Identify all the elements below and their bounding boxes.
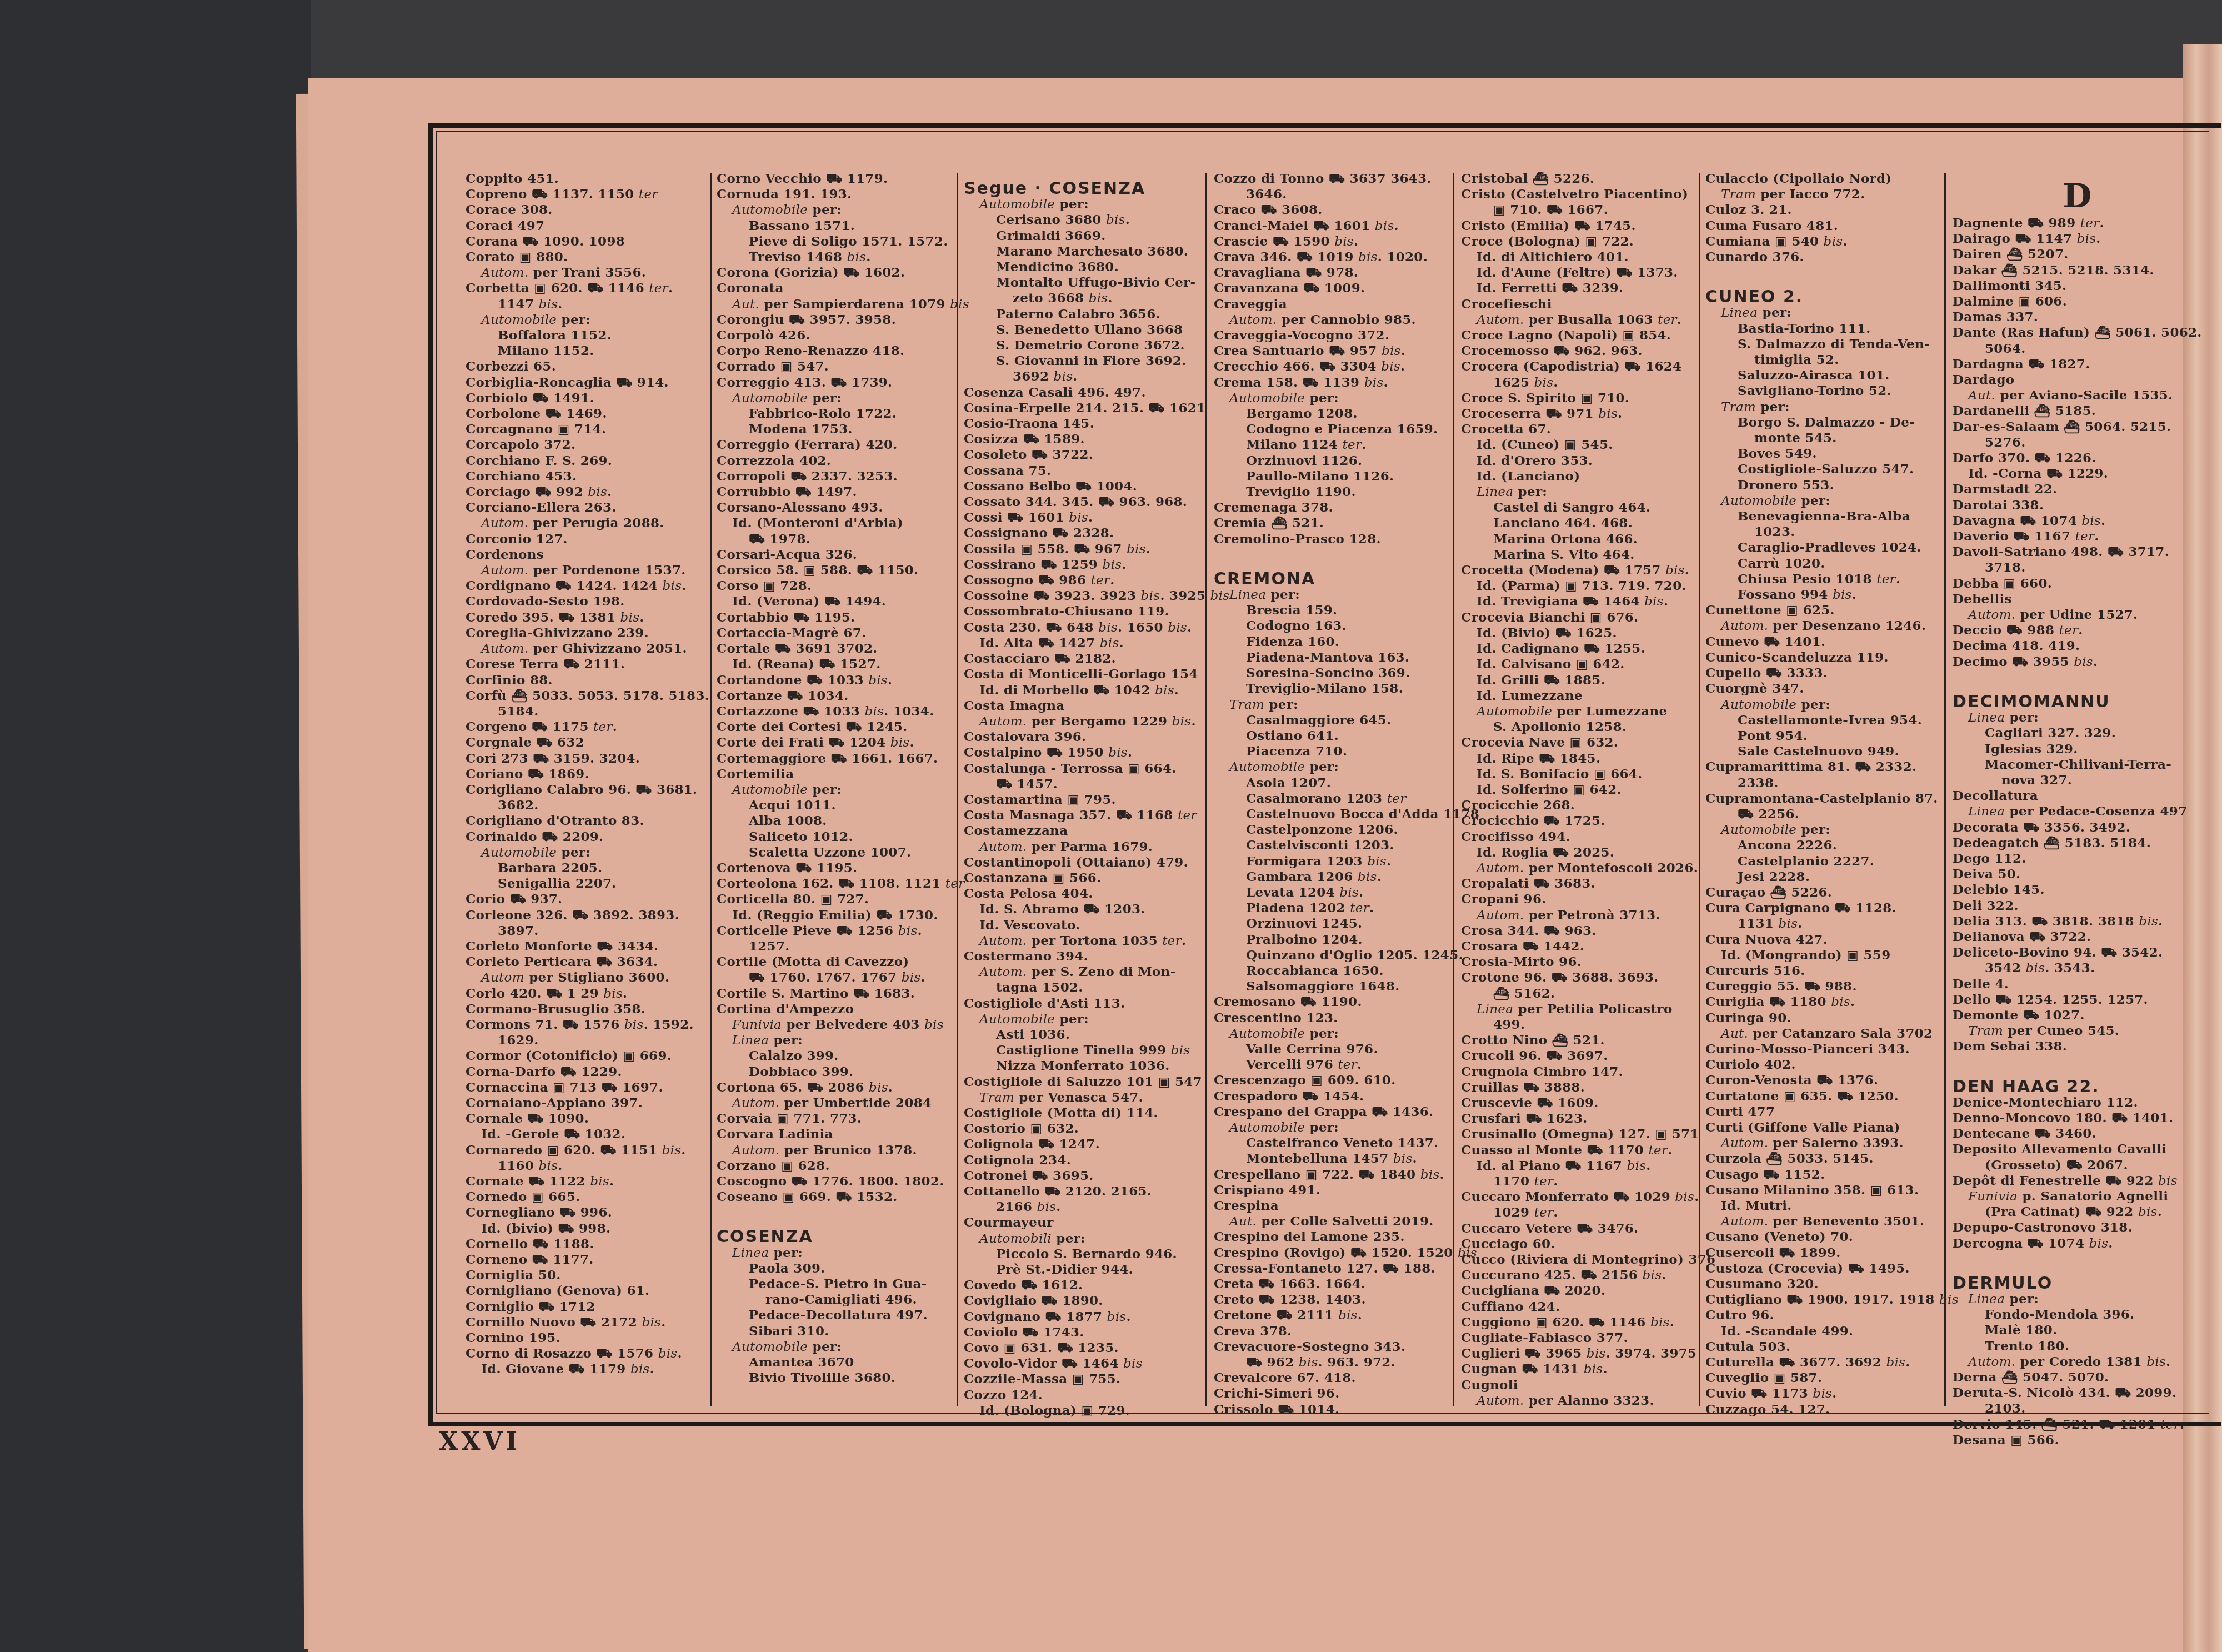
index-entry: Autom. per Coredo 1381 bis. — [1953, 1354, 2202, 1370]
index-entry: Delebio 145. — [1953, 882, 2202, 898]
tram-icon: ▣ — [553, 1080, 565, 1095]
tram-icon: ▣ — [781, 1158, 793, 1173]
index-entry: Decimo ⛟ 3955 bis. — [1953, 654, 2202, 670]
bus-icon: ⛟ — [2108, 544, 2124, 559]
bus-icon: ⛟ — [857, 563, 873, 578]
index-entry: Cranci-Maiel ⛟ 1601 bis. — [1214, 218, 1479, 234]
index-entry: S. Demetrio Corone 3672. — [964, 338, 1229, 353]
bus-icon: ⛟ — [1779, 1245, 1795, 1260]
index-entry: Corteolona 162. ⛟ 1108. 1121 ter — [717, 876, 969, 892]
bus-icon: ⛟ — [829, 735, 845, 750]
index-entry: Cremenaga 378. — [1214, 500, 1479, 515]
bus-icon: ⛟ — [1522, 1361, 1538, 1376]
bus-icon: ⛟ — [789, 312, 805, 327]
bus-icon: ⛟ — [569, 1361, 585, 1376]
index-entry — [717, 1205, 969, 1219]
index-entry: Ostiano 641. — [1214, 728, 1479, 744]
index-entry: Cornello ⛟ 1188. — [466, 1237, 709, 1252]
index-entry: Id. di Altichiero 401. — [1461, 249, 1715, 265]
index-entry: Automobile per: — [1214, 391, 1479, 406]
bus-icon: ⛟ — [536, 484, 552, 499]
index-entry: Crespino (Rovigo) ⛟ 1520. 1520 bis — [1214, 1245, 1479, 1261]
index-entry: Cravagliana ⛟ 978. — [1214, 265, 1479, 281]
index-entry: Covignano ⛟ 1877 bis. — [964, 1309, 1229, 1325]
tram-icon: ▣ — [783, 1189, 795, 1204]
bus-icon: ⛟ — [1766, 665, 1782, 680]
ship-icon: ⛴ — [1271, 515, 1288, 530]
index-entry: Cerisano 3680 bis. — [964, 212, 1229, 228]
index-entry: Croce S. Spirito ▣ 710. — [1461, 391, 1715, 406]
index-entry: Curcuris 516. — [1705, 963, 1959, 979]
bus-icon: ⛟ — [819, 657, 835, 672]
index-entry: Dairen ⛴ 5207. — [1953, 247, 2202, 262]
index-entry: Id. (Verona) ⛟ 1494. — [717, 594, 969, 609]
index-entry: Crocifisso 494. — [1461, 829, 1715, 845]
index-entry: Cuorgnè 347. — [1705, 681, 1959, 697]
index-entry: Fidenza 160. — [1214, 634, 1479, 650]
index-entry: Craco ⛟ 3608. — [1214, 202, 1479, 218]
index-entry: Id. (Parma) ▣ 713. 719. 720. — [1461, 578, 1715, 594]
tram-icon: ▣ — [1576, 657, 1588, 672]
index-entry: Crescentino 123. — [1214, 1010, 1479, 1026]
index-entry: Crosa 344. ⛟ 963. — [1461, 923, 1715, 939]
index-entry: Cuveglio ▣ 587. — [1705, 1370, 1959, 1386]
index-entry: Linea per Petilia Policastro — [1461, 1002, 1715, 1017]
index-entry: Asola 1207. — [1214, 775, 1479, 791]
index-entry: Linea per: — [1214, 587, 1479, 603]
index-entry: Derna ⛴ 5047. 5070. — [1953, 1370, 2202, 1385]
index-entry: Creta ⛟ 1663. 1664. — [1214, 1276, 1479, 1292]
bus-icon: ⛟ — [563, 657, 579, 672]
bus-icon: ⛟ — [1303, 375, 1319, 390]
index-entry: Cosizza ⛟ 1589. — [964, 432, 1229, 447]
index-entry: Cupello ⛟ 3333. — [1705, 665, 1959, 681]
index-entry: Corbezzi 65. — [466, 359, 709, 374]
bus-icon: ⛟ — [1855, 759, 1871, 774]
bus-icon: ⛟ — [1329, 343, 1345, 358]
index-entry: Id. di Morbello ⛟ 1042 bis. — [964, 683, 1229, 698]
section-letter: D — [1953, 177, 2202, 216]
index-entry: Vercelli 976 ter. — [1214, 1057, 1479, 1073]
index-entry: Autom. per Tortona 1035 ter. — [964, 933, 1229, 949]
index-entry: Coriano ⛟ 1869. — [466, 767, 709, 782]
index-entry: Autom. per Parma 1679. — [964, 839, 1229, 855]
index-entry: Castelnuovo Bocca d'Adda 1178 — [1214, 807, 1479, 822]
index-entry: Corna-Darfo ⛟ 1229. — [466, 1064, 709, 1080]
ship-icon: ⛴ — [1770, 885, 1787, 900]
index-entry: Barbara 2205. — [466, 860, 709, 876]
index-entry: Crotto Nino ⛴ 521. — [1461, 1033, 1715, 1048]
index-entry: Corgnale ⛟ 632 — [466, 735, 709, 750]
bus-icon: ⛟ — [546, 406, 562, 421]
index-entry: Corpo Reno-Renazzo 418. — [717, 343, 969, 359]
ship-icon: ⛴ — [2001, 1370, 2018, 1385]
index-entry: Id. (Reggio Emilia) ⛟ 1730. — [717, 908, 969, 923]
bus-icon: ⛟ — [1084, 902, 1100, 917]
index-entry — [1705, 265, 1959, 279]
index-entry: Paullo-Milano 1126. — [1214, 469, 1479, 484]
bus-icon: ⛟ — [1577, 1221, 1593, 1236]
bus-icon: ⛟ — [1539, 751, 1555, 766]
index-entry: Tram per Venasca 547. — [964, 1090, 1229, 1105]
tram-icon: ▣ — [1053, 870, 1065, 885]
index-entry: Benevagienna-Bra-Alba — [1705, 509, 1959, 524]
bus-icon: ⛟ — [1278, 1402, 1294, 1417]
index-entry — [1953, 670, 2202, 684]
index-entry: Id. -Gerole ⛟ 1032. — [466, 1127, 709, 1142]
index-entry: Cagliari 327. 329. — [1953, 725, 2202, 741]
index-entry: Corticella 80. ▣ 727. — [717, 892, 969, 907]
index-entry: Cremolino-Prasco 128. — [1214, 532, 1479, 547]
index-entry: Autom. per Pordenone 1537. — [466, 563, 709, 578]
index-entry: Dercogna ⛟ 1074 bis. — [1953, 1236, 2202, 1251]
tram-icon: ▣ — [1030, 1121, 1042, 1136]
index-entry: Castelvisconti 1203. — [1214, 838, 1479, 853]
index-entry: Cossirano ⛟ 1259 bis. — [964, 557, 1229, 573]
index-entry: Cuzzago 54. 127. — [1705, 1402, 1959, 1418]
bus-icon: ⛟ — [1116, 808, 1132, 823]
tram-icon: ▣ — [1004, 1340, 1016, 1355]
bus-icon: ⛟ — [1617, 265, 1633, 280]
bus-icon: ⛟ — [792, 1174, 808, 1189]
index-entry: Id. Cadignano ⛟ 1255. — [1461, 641, 1715, 657]
index-entry: Corcapolo 372. — [466, 437, 709, 453]
index-entry: Cusano (Veneto) 70. — [1705, 1229, 1959, 1245]
tram-icon: ▣ — [1784, 1089, 1796, 1104]
index-entry: Gambara 1206 bis. — [1214, 869, 1479, 885]
index-entry: Cugnoli — [1461, 1378, 1715, 1393]
bus-icon: ⛟ — [1149, 401, 1165, 415]
bus-icon: ⛟ — [790, 469, 807, 484]
index-entry: nova 327. — [1953, 773, 2202, 788]
index-entry: 1023. — [1705, 524, 1959, 540]
index-entry: Costalpino ⛟ 1950 bis. — [964, 745, 1229, 760]
bus-icon: ⛟ — [1302, 1089, 1318, 1104]
bus-icon: ⛟ — [1052, 525, 1068, 540]
index-entry: Cosoleto ⛟ 3722. — [964, 447, 1229, 463]
index-entry: Coseano ▣ 669. ⛟ 1532. — [717, 1189, 969, 1205]
index-entry: Cuciglíana ⛟ 2020. — [1461, 1283, 1715, 1299]
bus-icon: ⛟ — [843, 265, 859, 280]
index-entry: Coreglia-Ghivizzano 239. — [466, 625, 709, 641]
bus-icon: ⛟ — [1544, 923, 1560, 938]
index-entry: Cuvio ⛟ 1173 bis. — [1705, 1386, 1959, 1401]
index-entry: Cugnan ⛟ 1431 bis. — [1461, 1361, 1715, 1377]
index-entry: 1170 ter. — [1461, 1174, 1715, 1189]
bus-icon: ⛟ — [572, 908, 588, 923]
bus-icon: ⛟ — [2027, 1236, 2043, 1251]
index-entry: Corropoli ⛟ 2337. 3253. — [717, 469, 969, 484]
index-entry: 1629. — [466, 1033, 709, 1048]
index-entry: Marina Ortona 466. — [1461, 532, 1715, 547]
index-entry: Cosio-Traona 145. — [964, 416, 1229, 432]
index-entry: Corio ⛟ 937. — [466, 892, 709, 907]
index-entry: 3542 bis. 3543. — [1953, 960, 2202, 976]
bus-icon: ⛟ — [563, 1017, 579, 1032]
ship-icon: ⛴ — [2006, 247, 2023, 262]
index-entry: Corticelle Pieve ⛟ 1256 bis. — [717, 923, 969, 939]
bus-icon: ⛟ — [597, 939, 613, 954]
ship-icon: ⛴ — [2064, 419, 2080, 434]
index-entry: Autom. per Salerno 3393. — [1705, 1135, 1959, 1151]
index-entry: Croce (Bologna) ▣ 722. — [1461, 234, 1715, 249]
index-entry: Corgeno ⛟ 1175 ter. — [466, 719, 709, 735]
index-entry: Crespina — [1214, 1198, 1479, 1214]
index-entry: Id. d'Aune (Feltre) ⛟ 1373. — [1461, 265, 1715, 281]
index-entry: Id. (Bivio) ⛟ 1625. — [1461, 625, 1715, 641]
index-entry: Culaccio (Cipollaio Nord) — [1705, 171, 1959, 187]
index-entry: Cossato 344. 345. ⛟ 963. 968. — [964, 494, 1229, 510]
index-entry: Grimaldi 3669. — [964, 228, 1229, 244]
tram-icon: ▣ — [532, 1189, 544, 1204]
index-entry: Saluzzo-Airasca 101. — [1705, 368, 1959, 383]
index-entry: Coredo 395. ⛟ 1381 bis. — [466, 610, 709, 625]
index-entry: Corsano-Alessano 493. — [717, 500, 969, 515]
index-entry: Crascie ⛟ 1590 bis. — [1214, 234, 1479, 249]
bus-icon: ⛟ — [1523, 1080, 1539, 1095]
bus-icon: ⛟ — [1738, 807, 1754, 822]
index-entry: Corigliano Calabro 96. ⛟ 3681. — [466, 782, 709, 798]
index-entry: Corchiano 453. — [466, 469, 709, 484]
index-entry: Crissolo ⛟ 1014. — [1214, 1402, 1479, 1418]
index-entry: Costamartina ▣ 795. — [964, 792, 1229, 808]
index-entry: Automobile per: — [466, 312, 709, 328]
index-entry: Id. S. Abramo ⛟ 1203. — [964, 902, 1229, 917]
bus-icon: ⛟ — [749, 532, 765, 547]
bus-icon: ⛟ — [830, 751, 847, 766]
bus-icon: ⛟ — [1547, 202, 1563, 217]
index-entry: Corciano-Ellera 263. — [466, 500, 709, 515]
index-entry: Corniglia 50. — [466, 1268, 709, 1283]
index-entry: Dem Sebai 338. — [1953, 1039, 2202, 1054]
index-entry: Crescenzago ▣ 609. 610. — [1214, 1073, 1479, 1088]
index-entry: Cunardo 376. — [1705, 249, 1959, 265]
index-entry: Autom. per Bergamo 1229 bis. — [964, 714, 1229, 729]
index-entry: Orzinuovi 1245. — [1214, 916, 1479, 932]
bus-icon: ⛟ — [558, 1221, 574, 1236]
index-entry: Cusano Milanino 358. ▣ 613. — [1705, 1183, 1959, 1198]
index-entry: Cornillo Nuovo ⛟ 2172 bis. — [466, 1315, 709, 1330]
index-entry: 1625 bis. — [1461, 375, 1715, 391]
index-entry: Crotone 96. ⛟ 3688. 3693. — [1461, 970, 1715, 985]
index-entry: Id. -Corna ⛟ 1229. — [1953, 466, 2202, 482]
bus-icon: ⛟ — [1074, 542, 1090, 557]
index-entry: Cuccurano 425. ⛟ 2156 bis. — [1461, 1268, 1715, 1283]
tram-icon: ▣ — [558, 422, 570, 437]
index-entry: Debellis — [1953, 592, 2202, 607]
index-entry: Dardanelli ⛴ 5185. — [1953, 403, 2202, 419]
index-entry: Corleto Perticara ⛟ 3634. — [466, 954, 709, 970]
bus-icon: ⛟ — [1523, 939, 1539, 954]
bus-icon: ⛟ — [1554, 343, 1570, 358]
bus-icon: ⛟ — [1246, 1355, 1262, 1370]
index-entry: Id. (Mongrando) ▣ 559 — [1705, 948, 1959, 963]
bus-icon: ⛟ — [1786, 1292, 1803, 1307]
index-entry: Savigliano-Torino 52. — [1705, 383, 1959, 399]
tram-icon: ▣ — [1535, 1315, 1548, 1330]
index-entry: ⛟ 2256. — [1705, 807, 1959, 822]
index-entry: Cottanello ⛟ 2120. 2165. — [964, 1184, 1229, 1199]
index-entry: Costigliole-Saluzzo 547. — [1705, 462, 1959, 477]
index-entry: (Grosseto) ⛟ 2067. — [1953, 1158, 2202, 1173]
bus-icon: ⛟ — [2035, 1126, 2051, 1141]
index-entry: Caraglio-Pradleves 1024. — [1705, 540, 1959, 555]
index-entry: zeto 3668 bis. — [964, 291, 1229, 306]
bus-icon: ⛟ — [1007, 510, 1023, 525]
bus-icon: ⛟ — [838, 876, 854, 891]
index-entry: Decollatura — [1953, 788, 2202, 804]
index-entry: Costigliole d'Asti 113. — [964, 996, 1229, 1012]
index-entry: Cortona 65. ⛟ 2086 bis. — [717, 1080, 969, 1095]
index-entry: Decorata ⛟ 3356. 3492. — [1953, 820, 2202, 835]
index-entry: Automobile per: — [466, 845, 709, 860]
tram-icon: ▣ — [1870, 1183, 1883, 1198]
index-entry: Curti 477 — [1705, 1104, 1959, 1120]
index-column-7: DDagnente ⛟ 989 ter.Dairago ⛟ 1147 bis.D… — [1953, 171, 2202, 1448]
index-entry: Cornale ⛟ 1090. — [466, 1111, 709, 1127]
ship-icon: ⛴ — [1493, 986, 1510, 1001]
index-entry: Dobbiaco 399. — [717, 1064, 969, 1080]
index-entry: 1160 bis. — [466, 1158, 709, 1174]
index-entry: 499. — [1461, 1017, 1715, 1033]
bus-icon: ⛟ — [1260, 202, 1277, 217]
index-entry: Dego 112. — [1953, 851, 2202, 867]
index-entry: Curaçao ⛴ 5226. — [1705, 885, 1959, 900]
index-entry: Cumiana ▣ 540 bis. — [1705, 234, 1959, 249]
index-entry: Corana ⛟ 1090. 1098 — [466, 234, 709, 249]
tram-icon: ▣ — [1305, 1167, 1318, 1182]
tram-icon: ▣ — [1570, 735, 1582, 750]
index-entry: Darotai 338. — [1953, 498, 2202, 513]
ship-icon: ⛴ — [1766, 1151, 1783, 1166]
index-entry: Id. d'Orero 353. — [1461, 453, 1715, 469]
tram-icon: ▣ — [1573, 782, 1585, 797]
index-entry: Culoz 3. 21. — [1705, 202, 1959, 218]
index-entry: Costorio ▣ 632. — [964, 1121, 1229, 1137]
bus-icon: ⛟ — [775, 641, 791, 656]
index-entry: Ancona 2226. — [1705, 838, 1959, 853]
index-entry: Cotronei ⛟ 3695. — [964, 1168, 1229, 1184]
bus-icon: ⛟ — [795, 484, 812, 499]
index-entry: Prè St.-Didier 944. — [964, 1262, 1229, 1278]
index-entry: Depupo-Castronovo 318. — [1953, 1220, 2202, 1235]
bus-icon: ⛟ — [1305, 265, 1322, 280]
index-entry: Crosia-Mirto 96. — [1461, 954, 1715, 970]
index-entry: Craveggia-Vocogno 372. — [1214, 328, 1479, 343]
index-entry: Coppito 451. — [466, 171, 709, 187]
ship-icon: ⛴ — [2094, 325, 2111, 340]
bus-icon: ⛟ — [2105, 1173, 2121, 1188]
index-entry: Davagna ⛟ 1074 bis. — [1953, 513, 2202, 529]
index-entry: Automobile per: — [717, 202, 969, 218]
index-entry: Borgo S. Dalmazzo - De- — [1705, 415, 1959, 430]
bus-icon: ⛟ — [1045, 1309, 1062, 1324]
bus-icon: ⛟ — [1537, 1095, 1553, 1110]
bus-icon: ⛟ — [2023, 820, 2039, 835]
index-entry: Corleto Monforte ⛟ 3434. — [466, 939, 709, 954]
bus-icon: ⛟ — [1062, 1356, 1078, 1371]
index-entry: Cura Nuova 427. — [1705, 932, 1959, 948]
index-entry: Cropalati ⛟ 3683. — [1461, 876, 1715, 892]
index-entry: Id. Giovane ⛟ 1179 bis. — [466, 1361, 709, 1377]
bus-icon: ⛟ — [2031, 914, 2048, 929]
bus-icon: ⛟ — [2029, 929, 2045, 944]
index-entry: Corace 308. — [466, 202, 709, 218]
index-entry: Pedace-Decollatura 497. — [717, 1308, 969, 1323]
index-entry: Cozzo 124. — [964, 1388, 1229, 1403]
index-entry: Piacenza 710. — [1214, 744, 1479, 759]
index-entry: Automobile per Lumezzane — [1461, 704, 1715, 719]
index-entry: Id. -Scandale 499. — [1705, 1324, 1959, 1339]
index-entry: Aut. per Catanzaro Sala 3702 — [1705, 1026, 1959, 1042]
index-entry: Automobile per: — [1705, 493, 1959, 509]
index-entry: Castiglione Tinella 999 bis — [964, 1043, 1229, 1058]
tram-icon: ▣ — [1590, 610, 1602, 625]
bus-icon: ⛟ — [555, 578, 572, 593]
index-entry: Paterno Calabro 3656. — [964, 307, 1229, 322]
index-entry: Cupramarittima 81. ⛟ 2332. — [1705, 759, 1959, 775]
index-entry: 3692 bis. — [964, 369, 1229, 384]
index-entry: Cortandone ⛟ 1033 bis. — [717, 673, 969, 688]
index-entry: ⛟ 1978. — [717, 532, 969, 547]
bus-icon: ⛟ — [558, 610, 574, 625]
index-entry: Corrado ▣ 547. — [717, 359, 969, 374]
tram-icon: ▣ — [1493, 202, 1505, 217]
bus-icon: ⛟ — [749, 970, 765, 985]
index-entry: Mendicino 3680. — [964, 259, 1229, 275]
index-entry: Linea per: — [1705, 305, 1959, 321]
index-entry: Id. Alta ⛟ 1427 bis. — [964, 635, 1229, 651]
index-entry: Treviso 1468 bis. — [717, 249, 969, 265]
index-entry: Cucciago 60. — [1461, 1237, 1715, 1252]
index-entry: Crispiano 491. — [1214, 1183, 1479, 1198]
index-entry: Tram per Iacco 772. — [1705, 187, 1959, 202]
tram-icon: ▣ — [2010, 1433, 2023, 1448]
index-entry: Fossano 994 bis. — [1705, 587, 1959, 603]
index-entry: Crocefieschi — [1461, 297, 1715, 312]
bus-icon: ⛟ — [1589, 1315, 1605, 1330]
index-entry: Costacciaro ⛟ 2182. — [964, 651, 1229, 667]
bus-icon: ⛟ — [1057, 1340, 1073, 1355]
bus-icon: ⛟ — [2115, 1385, 2131, 1400]
index-entry: Cosina-Erpelle 214. 215. ⛟ 1621 — [964, 401, 1229, 416]
index-entry: Automobile per: — [1705, 822, 1959, 838]
bus-icon: ⛟ — [2085, 1204, 2101, 1219]
ship-icon: ⛴ — [1533, 171, 1549, 186]
bus-icon: ⛟ — [587, 281, 603, 296]
index-entry: Costantinopoli (Ottaiano) 479. — [964, 855, 1229, 870]
index-entry: Id. Vescovato. — [964, 918, 1229, 933]
index-entry: Cori 273 ⛟ 3159. 3204. — [466, 751, 709, 767]
bus-icon: ⛟ — [528, 1174, 544, 1189]
index-entry: Cortina d'Ampezzo — [717, 1002, 969, 1017]
index-entry: Sale Castelnuovo 949. — [1705, 744, 1959, 759]
index-entry: Automobile per: — [1214, 1026, 1479, 1042]
bus-icon: ⛟ — [1764, 634, 1780, 649]
tram-icon: ▣ — [803, 563, 815, 578]
bus-icon: ⛟ — [1040, 557, 1057, 572]
tram-icon: ▣ — [1020, 542, 1033, 557]
index-entry: Milano 1124 ter. — [1214, 437, 1479, 453]
index-entry: Cossana 75. — [964, 463, 1229, 479]
index-entry: Id. Grilli ⛟ 1885. — [1461, 673, 1715, 688]
index-entry: Cuffiano 424. — [1461, 1299, 1715, 1315]
index-entry: Cortile (Motta di Cavezzo) — [717, 954, 969, 970]
index-entry: Cuasso al Monte ⛟ 1170 ter. — [1461, 1143, 1715, 1158]
bus-icon: ⛟ — [1032, 447, 1048, 462]
index-entry: Crocera (Capodistria) ⛟ 1624 — [1461, 359, 1715, 374]
index-entry: Corte dei Cortesi ⛟ 1245. — [717, 719, 969, 735]
